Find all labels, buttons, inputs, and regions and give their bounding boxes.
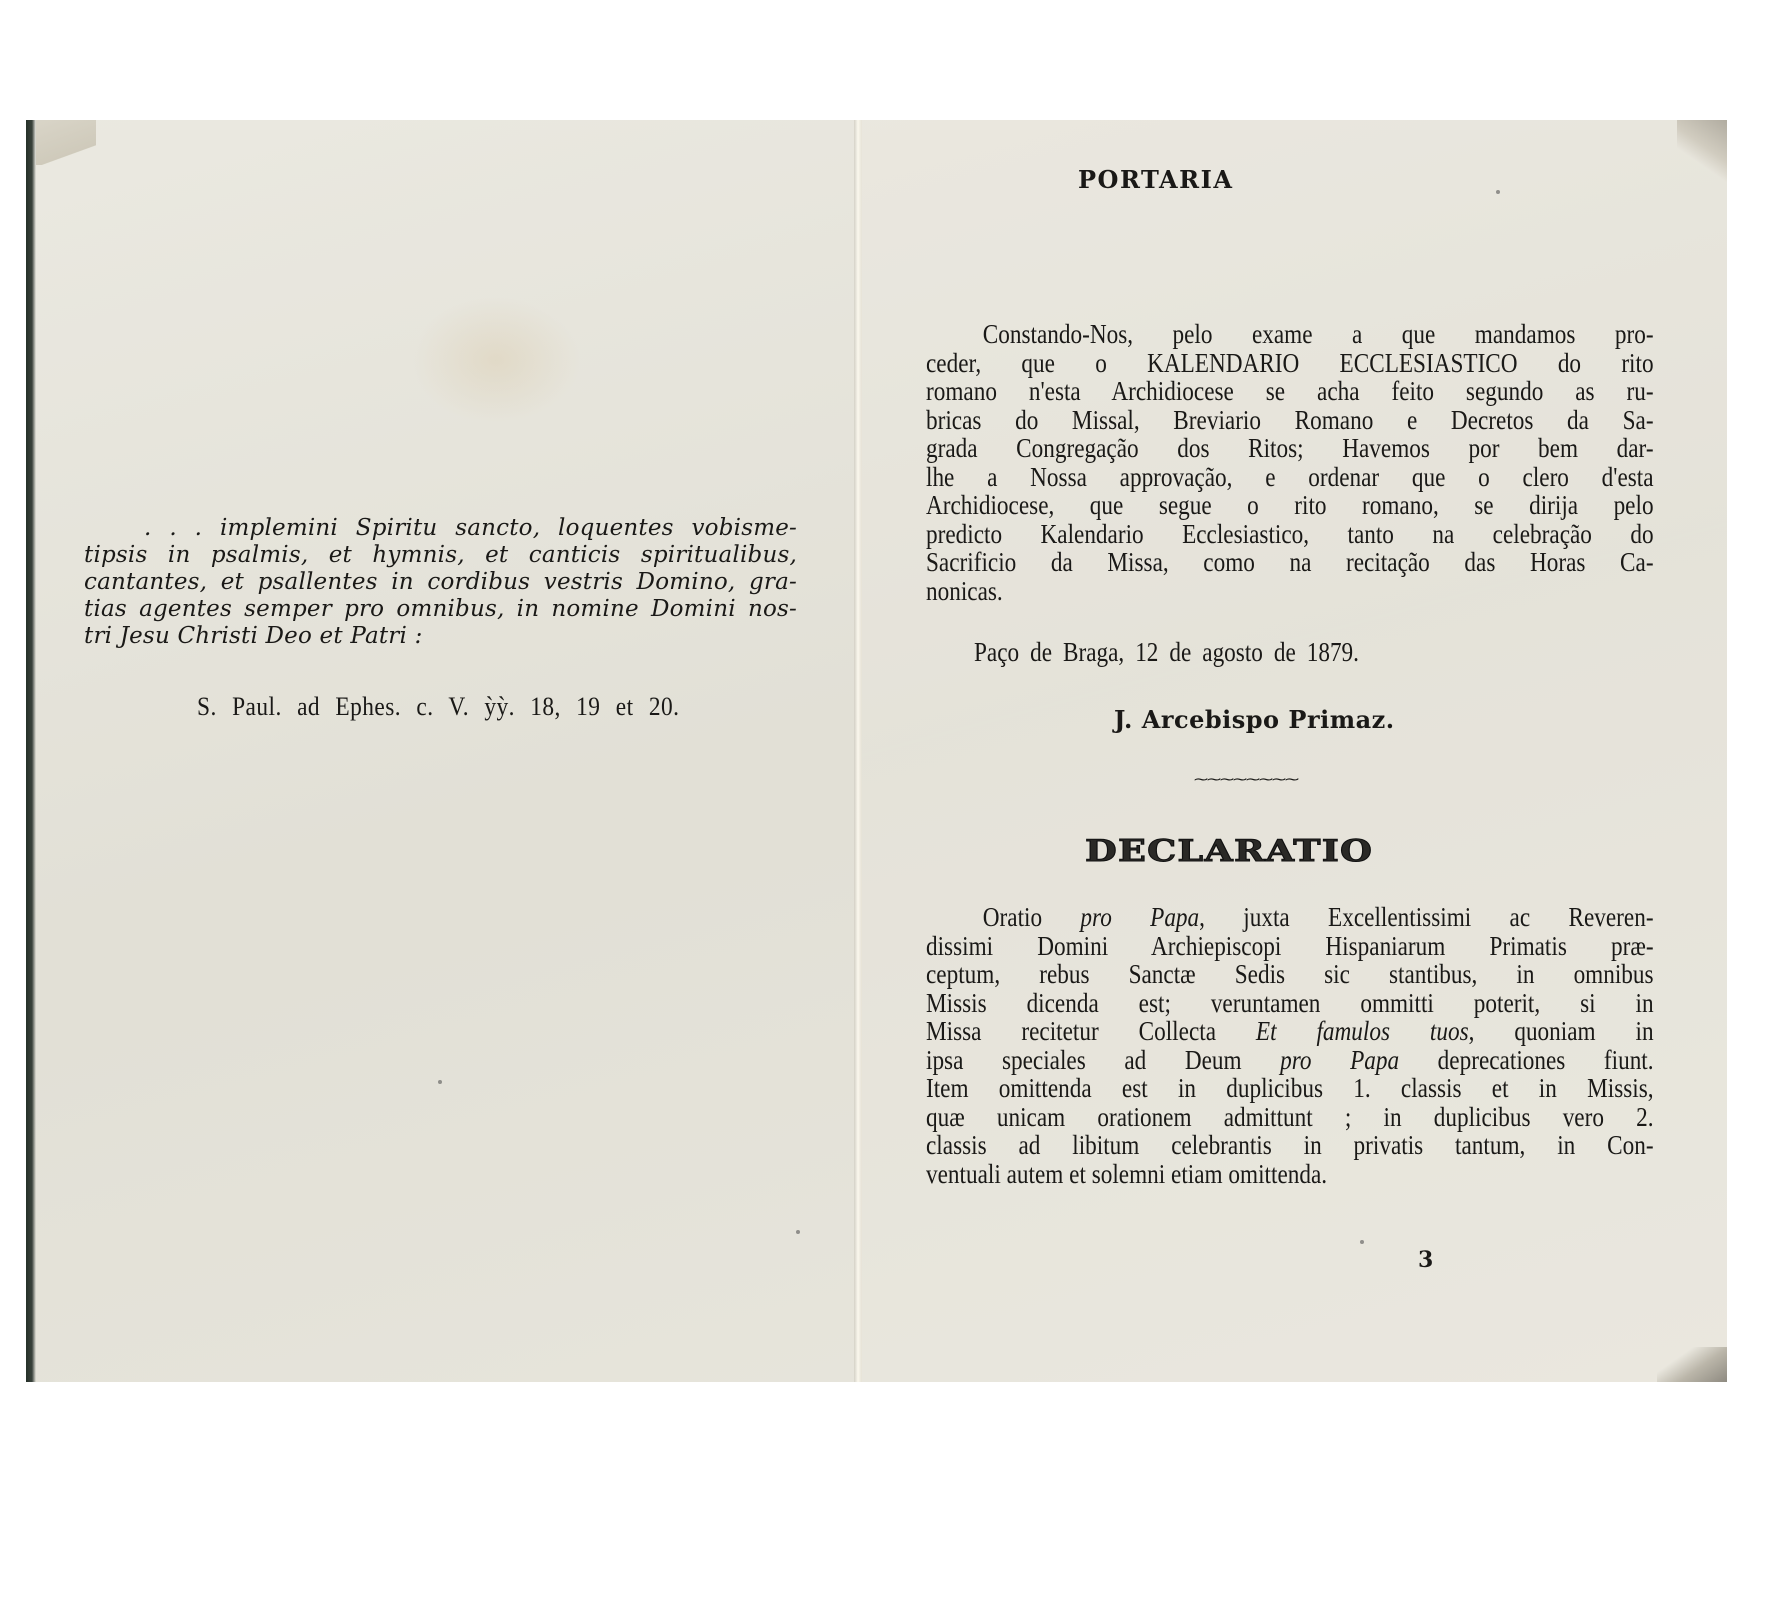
body-line: ceptum, rebus Sanctæ Sedis sic stantibus… <box>926 960 1654 989</box>
body-line: ventuali autem et solemni etiam omittend… <box>926 1160 1654 1189</box>
body-line: classis ad libitum celebrantis in privat… <box>926 1131 1654 1160</box>
declaratio-body: Oratio pro Papa, juxta Excellentissimi a… <box>926 903 1654 1188</box>
body-line: Missis dicenda est; veruntamen ommitti p… <box>926 989 1654 1018</box>
section-title-declaratio: DECLARATIO <box>1085 834 1373 869</box>
body-line: bricas do Missal, Breviario Romano e Dec… <box>926 406 1654 435</box>
body-line: predicto Kalendario Ecclesiastico, tanto… <box>926 520 1654 549</box>
epigraph-citation: S. Paul. ad Ephes. c. V. ỳỳ. 18, 19 et 2… <box>197 692 737 722</box>
body-line: romano n'esta Archidiocese se acha feito… <box>926 377 1654 406</box>
body-line: quæ unicam orationem admittunt ; in dupl… <box>926 1103 1654 1132</box>
page-number: 3 <box>1418 1247 1433 1273</box>
epigraph-line: tri Jesu Christi Deo et Patri : <box>84 623 797 650</box>
ornament-divider: ⁓⁓⁓⁓⁓⁓⁓⁓ <box>1194 772 1298 788</box>
epigraph-line: tipsis in psalmis, et hymnis, et cantici… <box>84 542 797 569</box>
left-page: . . . implemini Spiritu sancto, loquente… <box>26 120 856 1382</box>
body-line: nonicas. <box>926 577 1654 606</box>
ink-speck <box>1360 1240 1364 1244</box>
body-line: lhe a Nossa approvação, e ordenar que o … <box>926 463 1654 492</box>
right-page: PORTARIA Constando-Nos, pelo exame a que… <box>860 120 1727 1382</box>
section-title-portaria: PORTARIA <box>1078 165 1233 194</box>
body-line: Missa recitetur Collecta Et famulos tuos… <box>926 1017 1654 1046</box>
body-line: Constando-Nos, pelo exame a que mandamos… <box>926 320 1654 349</box>
signature: J. Arcebispo Primaz. <box>1114 705 1395 734</box>
body-line: ceder, que o KALENDARIO ECCLESIASTICO do… <box>926 349 1654 378</box>
date-line: Paço de Braga, 12 de agosto de 1879. <box>974 637 1359 668</box>
body-line: Item omittenda est in duplicibus 1. clas… <box>926 1074 1654 1103</box>
body-line: Oratio pro Papa, juxta Excellentissimi a… <box>926 903 1654 932</box>
portaria-body: Constando-Nos, pelo exame a que mandamos… <box>926 320 1654 605</box>
epigraph: . . . implemini Spiritu sancto, loquente… <box>84 515 797 650</box>
epigraph-line: cantantes, et psallentes in cordibus ves… <box>84 569 797 596</box>
body-line: Sacrificio da Missa, como na recitação d… <box>926 548 1654 577</box>
epigraph-line: . . . implemini Spiritu sancto, loquente… <box>84 515 797 542</box>
ink-speck <box>796 1230 800 1234</box>
ink-speck <box>438 1080 442 1084</box>
epigraph-line: tias agentes semper pro omnibus, in nomi… <box>84 596 797 623</box>
ink-speck <box>1496 190 1500 194</box>
body-line: grada Congregação dos Ritos; Havemos por… <box>926 434 1654 463</box>
book-scan: . . . implemini Spiritu sancto, loquente… <box>26 120 1727 1382</box>
body-line: ipsa speciales ad Deum pro Papa deprecat… <box>926 1046 1654 1075</box>
body-line: dissimi Domini Archiepiscopi Hispaniarum… <box>926 932 1654 961</box>
body-line: Archidiocese, que segue o rito romano, s… <box>926 491 1654 520</box>
